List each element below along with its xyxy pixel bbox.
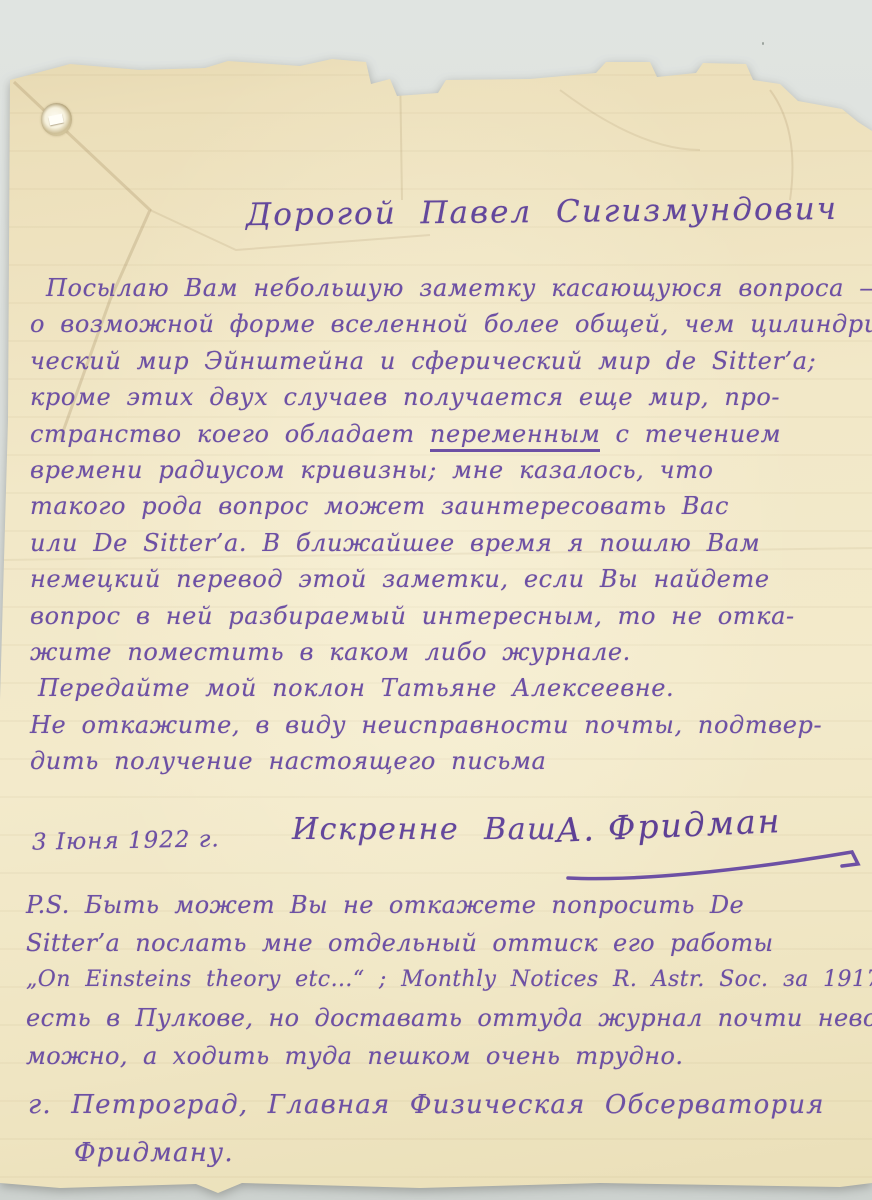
letter-body: Посылаю Вам небольшую заметку касающуюся… xyxy=(30,274,872,783)
letter-line: кроме этих двух случаев получается еще м… xyxy=(30,383,872,419)
scanned-letter-page: Дорогой Павел Сигизмундович Посылаю Вам … xyxy=(0,0,872,1200)
address-line: Фридману. xyxy=(28,1138,825,1186)
letter-line: жите поместить в каком либо журнале. xyxy=(30,638,872,674)
closing-line: Искренне Ваш xyxy=(292,812,557,847)
letter-line: вопрос в ней разбираемый интересным, то … xyxy=(30,602,872,638)
ps-line: P.S. Быть может Вы не откажете попросить… xyxy=(26,891,872,929)
underlined-word: переменным xyxy=(430,420,600,452)
date-line: 3 Іюня 1922 г. xyxy=(32,826,220,855)
line-text: странство коего обладает xyxy=(30,420,430,448)
letter-line: о возможной форме вселенной более общей,… xyxy=(30,310,872,346)
postscript: P.S. Быть может Вы не откажете попросить… xyxy=(26,891,872,1080)
letter-line: или De Sitter’а. В ближайшее время я пош… xyxy=(30,529,872,565)
ps-line: есть в Пулкове, но доставать оттуда журн… xyxy=(26,1004,872,1042)
letter-line: Посылаю Вам небольшую заметку касающуюся… xyxy=(30,274,872,310)
ps-line: можно, а ходить туда пешком очень трудно… xyxy=(26,1042,872,1080)
letter-line: Передайте мой поклон Татьяне Алексеевне. xyxy=(30,674,872,710)
salutation-line: Дорогой Павел Сигизмундович xyxy=(246,191,838,233)
address-line: г. Петроград, Главная Физическая Обсерва… xyxy=(28,1090,825,1138)
letter-line: Не откажите, в виду неисправности почты,… xyxy=(30,711,872,747)
line-text: с течением xyxy=(600,420,781,448)
punch-hole xyxy=(41,103,72,136)
letter-line-with-underline: странство коего обладает переменным с те… xyxy=(30,420,872,456)
letter-line: ческий мир Эйнштейна и сферический мир d… xyxy=(30,347,872,383)
paper-sheet-wrap: Дорогой Павел Сигизмундович Посылаю Вам … xyxy=(0,0,872,1200)
paper-sheet: Дорогой Павел Сигизмундович Посылаю Вам … xyxy=(0,0,872,1200)
ps-line: Sitter’а послать мне отдельный оттиск ег… xyxy=(26,929,872,967)
letter-line: такого рода вопрос может заинтересовать … xyxy=(30,492,872,528)
letter-line: немецкий перевод этой заметки, если Вы н… xyxy=(30,565,872,601)
letter-line: дить получение настоящего письма xyxy=(30,747,872,783)
signature-flourish xyxy=(540,840,870,890)
letter-line: времени радиусом кривизны; мне казалось,… xyxy=(30,456,872,492)
address-block: г. Петроград, Главная Физическая Обсерва… xyxy=(28,1090,825,1186)
ps-line: „On Einsteins theory etc…“ ; Monthly Not… xyxy=(26,967,872,1005)
